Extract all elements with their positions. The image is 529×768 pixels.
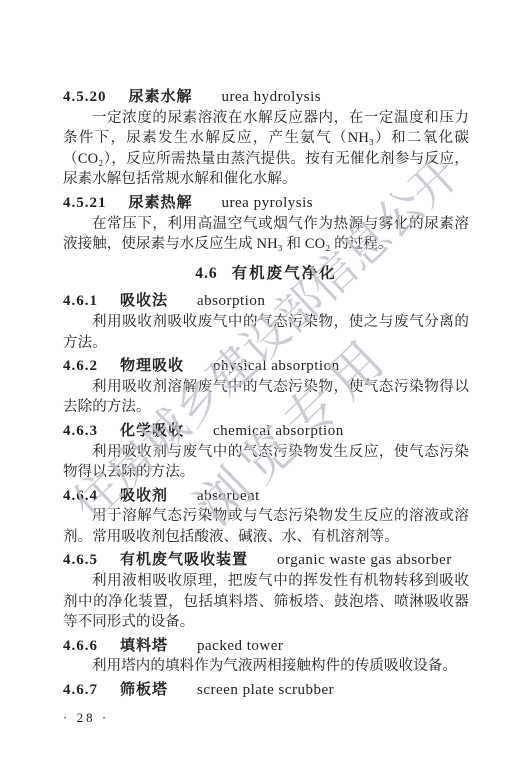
section-title: 有机废气净化	[232, 265, 337, 282]
term-english: absorbent	[197, 488, 260, 504]
term-english: absorption	[197, 293, 265, 309]
term-number: 4.6.1	[63, 293, 98, 309]
term-heading: 4.5.20尿素水解urea hydrolysis	[63, 87, 469, 108]
document-page: 住房城乡建设部信息公开 浏览专用 4.5.20尿素水解urea hydrolys…	[0, 0, 529, 768]
page-number: · 28 ·	[63, 709, 469, 727]
term-entry-462: 4.6.2物理吸收physical absorption 利用吸收剂溶解废气中的…	[63, 356, 469, 418]
term-chinese: 吸收法	[120, 293, 168, 309]
term-entry-4520: 4.5.20尿素水解urea hydrolysis 一定浓度的尿素溶液在水解反应…	[63, 87, 469, 190]
section-heading: 4.6有机废气净化	[63, 264, 469, 285]
term-english: chemical absorption	[213, 423, 344, 439]
term-heading: 4.6.3化学吸收chemical absorption	[63, 421, 469, 442]
term-entry-467: 4.6.7筛板塔screen plate scrubber	[63, 680, 469, 701]
term-heading: 4.6.6填料塔packed tower	[63, 636, 469, 657]
term-number: 4.6.4	[63, 488, 98, 504]
term-chinese: 尿素水解	[129, 89, 193, 105]
term-heading: 4.6.7筛板塔screen plate scrubber	[63, 680, 469, 701]
term-definition: 利用液相吸收原理，把废气中的挥发性有机物转移到吸收剂中的净化装置，包括填料塔、筛…	[63, 571, 469, 633]
term-definition: 利用吸收剂吸收废气中的气态污染物，使之与废气分离的方法。	[63, 312, 469, 353]
term-number: 4.6.6	[63, 638, 98, 654]
term-entry-463: 4.6.3化学吸收chemical absorption 利用吸收剂与废气中的气…	[63, 421, 469, 483]
term-entry-465: 4.6.5有机废气吸收装置organic waste gas absorber …	[63, 550, 469, 632]
term-heading: 4.6.1吸收法absorption	[63, 291, 469, 312]
term-entry-464: 4.6.4吸收剂absorbent 用于溶解气态污染物或与气态污染物发生反应的溶…	[63, 486, 469, 548]
term-chinese: 筛板塔	[120, 682, 168, 698]
term-number: 4.5.21	[63, 195, 107, 211]
term-definition: 在常压下，利用高温空气或烟气作为热源与雾化的尿素溶液接触，使尿素与水反应生成 N…	[63, 214, 469, 255]
term-english: urea pyrolysis	[222, 195, 314, 211]
term-number: 4.5.20	[63, 89, 107, 105]
term-english: physical absorption	[213, 358, 340, 374]
term-english: urea hydrolysis	[222, 89, 322, 105]
term-entry-466: 4.6.6填料塔packed tower 利用塔内的填料作为气液两相接触构件的传…	[63, 636, 469, 677]
page-content: 4.5.20尿素水解urea hydrolysis 一定浓度的尿素溶液在水解反应…	[0, 0, 529, 727]
term-chinese: 化学吸收	[120, 423, 184, 439]
term-heading: 4.6.2物理吸收physical absorption	[63, 356, 469, 377]
term-english: packed tower	[197, 638, 283, 654]
term-definition: 一定浓度的尿素溶液在水解反应器内，在一定温度和压力条件下，尿素发生水解反应，产生…	[63, 108, 469, 190]
term-definition: 利用吸收剂与废气中的气态污染物发生反应，使气态污染物得以去除的方法。	[63, 442, 469, 483]
term-heading: 4.6.5有机废气吸收装置organic waste gas absorber	[63, 550, 469, 571]
term-heading: 4.6.4吸收剂absorbent	[63, 486, 469, 507]
term-number: 4.6.2	[63, 358, 98, 374]
term-number: 4.6.7	[63, 682, 98, 698]
term-entry-461: 4.6.1吸收法absorption 利用吸收剂吸收废气中的气态污染物，使之与废…	[63, 291, 469, 353]
term-number: 4.6.3	[63, 423, 98, 439]
term-entry-4521: 4.5.21尿素热解urea pyrolysis 在常压下，利用高温空气或烟气作…	[63, 193, 469, 255]
term-chinese: 有机废气吸收装置	[120, 552, 248, 568]
term-definition: 用于溶解气态污染物或与气态污染物发生反应的溶液或溶剂。常用吸收剂包括酸液、碱液、…	[63, 506, 469, 547]
term-definition: 利用塔内的填料作为气液两相接触构件的传质吸收设备。	[63, 656, 469, 677]
term-heading: 4.5.21尿素热解urea pyrolysis	[63, 193, 469, 214]
term-chinese: 物理吸收	[120, 358, 184, 374]
term-number: 4.6.5	[63, 552, 98, 568]
term-definition: 利用吸收剂溶解废气中的气态污染物，使气态污染物得以去除的方法。	[63, 377, 469, 418]
term-chinese: 填料塔	[120, 638, 168, 654]
term-chinese: 尿素热解	[129, 195, 193, 211]
term-english: screen plate scrubber	[197, 682, 334, 698]
section-number: 4.6	[195, 265, 217, 282]
term-english: organic waste gas absorber	[277, 552, 452, 568]
term-chinese: 吸收剂	[120, 488, 168, 504]
